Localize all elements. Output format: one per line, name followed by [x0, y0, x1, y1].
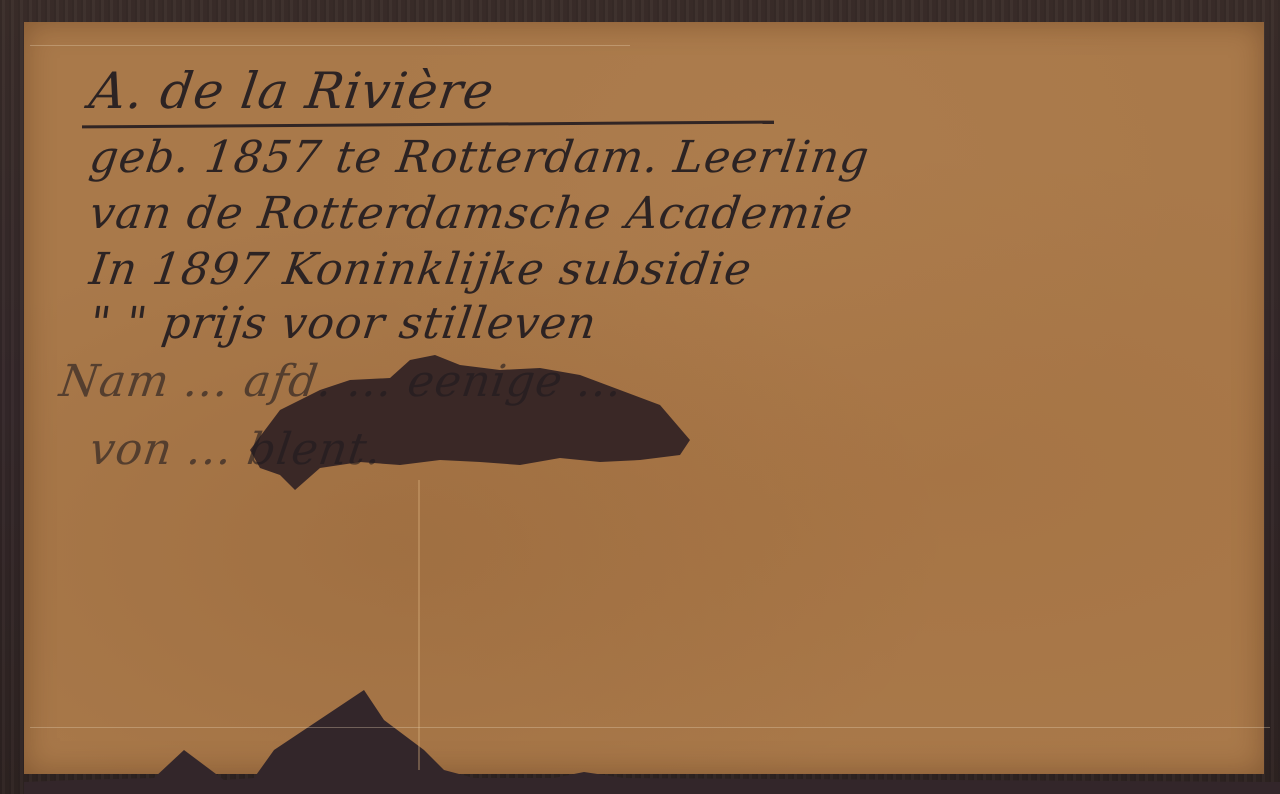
- text-line-prize: " " prijs voor stilleven: [86, 298, 600, 349]
- artist-name: A. de la Rivière: [86, 62, 498, 120]
- text-line-birth: geb. 1857 te Rotterdam. Leerling: [86, 132, 872, 183]
- text-line-subsidy: In 1897 Koninklijke subsidie: [86, 244, 755, 295]
- wood-panel: A. de la Rivière geb. 1857 te Rotterdam.…: [0, 0, 1280, 794]
- scratch-line: [30, 45, 630, 46]
- scratch-line: [30, 727, 1270, 728]
- text-line-damaged-1: Nam ... afd. ... eenige ...: [56, 356, 626, 407]
- torn-area-bottom: [24, 690, 1280, 794]
- text-line-damaged-2: von ... blent.: [86, 424, 385, 475]
- text-line-academy: van de Rotterdamsche Academie: [86, 188, 856, 239]
